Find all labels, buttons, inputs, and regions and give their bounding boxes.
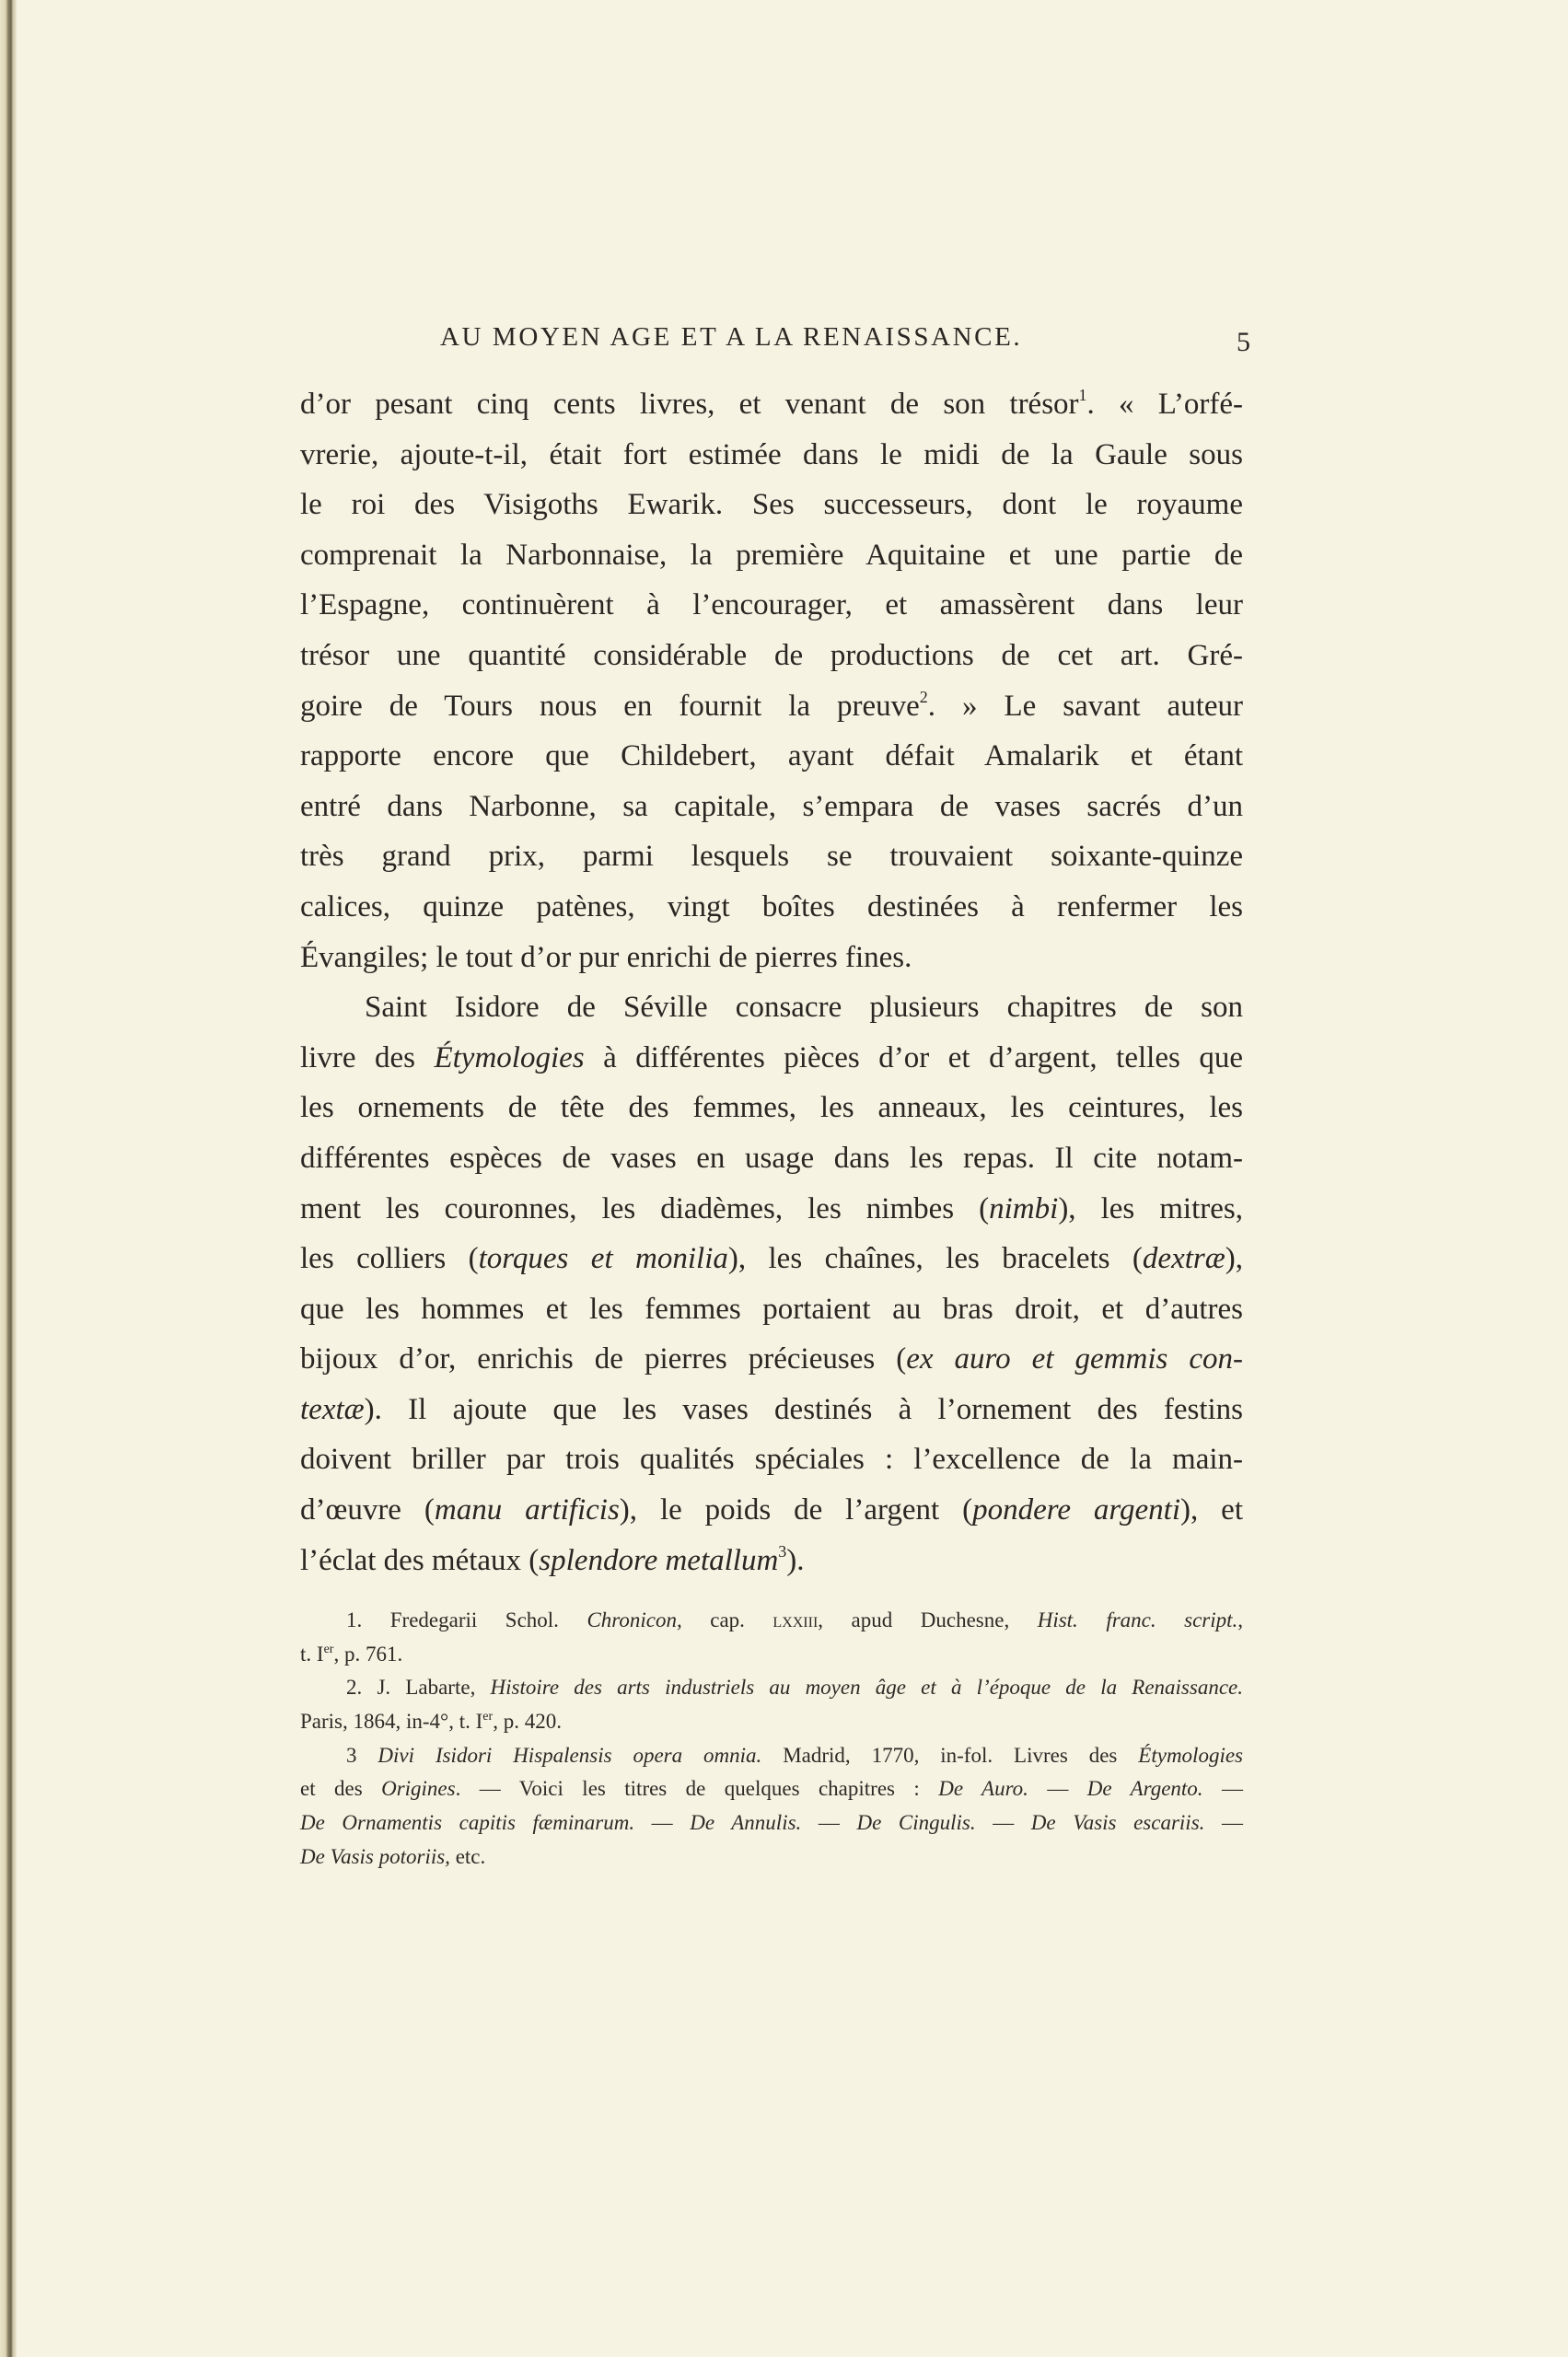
text-line: vrerie, ajoute-t-il, était fort estimée …: [300, 430, 1243, 481]
text-line: les colliers (torques et monilia), les c…: [300, 1234, 1243, 1284]
text-line: entré dans Narbonne, sa capitale, s’empa…: [300, 782, 1243, 832]
text-line: calices, quinze patènes, vingt boîtes de…: [300, 882, 1243, 933]
text-line: différentes espèces de vases en usage da…: [300, 1133, 1243, 1184]
footnote-ref-1: 1: [1079, 386, 1087, 404]
text-line: rapporte encore que Childebert, ayant dé…: [300, 731, 1243, 782]
text-line: ment les couronnes, les diadèmes, les ni…: [300, 1184, 1243, 1235]
text-line: comprenait la Narbonnaise, la première A…: [300, 530, 1243, 581]
italic-term: ex auro et gemmis con-: [906, 1342, 1243, 1376]
italic-term: splendore metallum: [539, 1544, 778, 1577]
text-line: trésor une quantité considérable de prod…: [300, 631, 1243, 681]
italic-term: nimbi: [989, 1192, 1058, 1225]
text-line: doivent briller par trois qualités spéci…: [300, 1434, 1243, 1485]
running-head-title: AU MOYEN AGE ET A LA RENAISSANCE.: [440, 319, 1022, 355]
binding-edge: [0, 0, 17, 2357]
italic-term: manu artificis: [435, 1493, 620, 1527]
italic-term: torques et monilia: [479, 1242, 728, 1275]
footnote-ref-3: 3: [778, 1542, 786, 1561]
italic-term: pondere argenti: [972, 1493, 1180, 1527]
italic-term: textæ: [300, 1393, 365, 1426]
footnote-3-cont: et des Origines. — Voici les titres de q…: [300, 1772, 1243, 1806]
page-number: 5: [1237, 324, 1250, 361]
footnote-1: 1. Fredegarii Schol. Chronicon, cap. lxx…: [300, 1604, 1243, 1638]
book-page: AU MOYEN AGE ET A LA RENAISSANCE. 5 d’or…: [0, 0, 1568, 2357]
footnote-1-cont: t. Ier, p. 761.: [300, 1638, 1243, 1672]
italic-term: Étymologies: [434, 1041, 584, 1074]
footnote-3: 3 Divi Isidori Hispalensis opera omnia. …: [300, 1739, 1243, 1773]
footnote-2-cont: Paris, 1864, in-4°, t. Ier, p. 420.: [300, 1705, 1243, 1739]
text-line: d’or pesant cinq cents livres, et venant…: [300, 379, 1243, 430]
footnote-3-cont: De Ornamentis capitis fæminarum. — De An…: [300, 1806, 1243, 1840]
footnote-3-cont: De Vasis potoriis, etc.: [300, 1840, 1243, 1875]
text-line: textæ). Il ajoute que les vases destinés…: [300, 1385, 1243, 1435]
body-text: d’or pesant cinq cents livres, et venant…: [300, 379, 1243, 1585]
text-line: livre des Étymologies à différentes pièc…: [300, 1033, 1243, 1084]
text-line: l’éclat des métaux (splendore metallum3)…: [300, 1536, 1243, 1586]
text-line: très grand prix, parmi lesquels se trouv…: [300, 831, 1243, 882]
text-line: le roi des Visigoths Ewarik. Ses success…: [300, 480, 1243, 530]
text-line: les ornements de tête des femmes, les an…: [300, 1083, 1243, 1133]
running-head: AU MOYEN AGE ET A LA RENAISSANCE. 5: [440, 319, 1250, 355]
text-line: d’œuvre (manu artificis), le poids de l’…: [300, 1485, 1243, 1536]
italic-term: dextræ: [1143, 1242, 1225, 1275]
text-line: goire de Tours nous en fournit la preuve…: [300, 681, 1243, 732]
paragraph-start-line: Saint Isidore de Séville consacre plusie…: [300, 982, 1243, 1033]
text-line: l’Espagne, continuèrent à l’encourager, …: [300, 580, 1243, 631]
footnote-ref-2: 2: [920, 688, 928, 706]
footnote-2: 2. J. Labarte, Histoire des arts industr…: [300, 1671, 1243, 1705]
text-line: que les hommes et les femmes portaient a…: [300, 1284, 1243, 1335]
text-line: Évangiles; le tout d’or pur enrichi de p…: [300, 933, 1243, 983]
footnotes: 1. Fredegarii Schol. Chronicon, cap. lxx…: [300, 1604, 1243, 1875]
text-line: bijoux d’or, enrichis de pierres précieu…: [300, 1334, 1243, 1385]
